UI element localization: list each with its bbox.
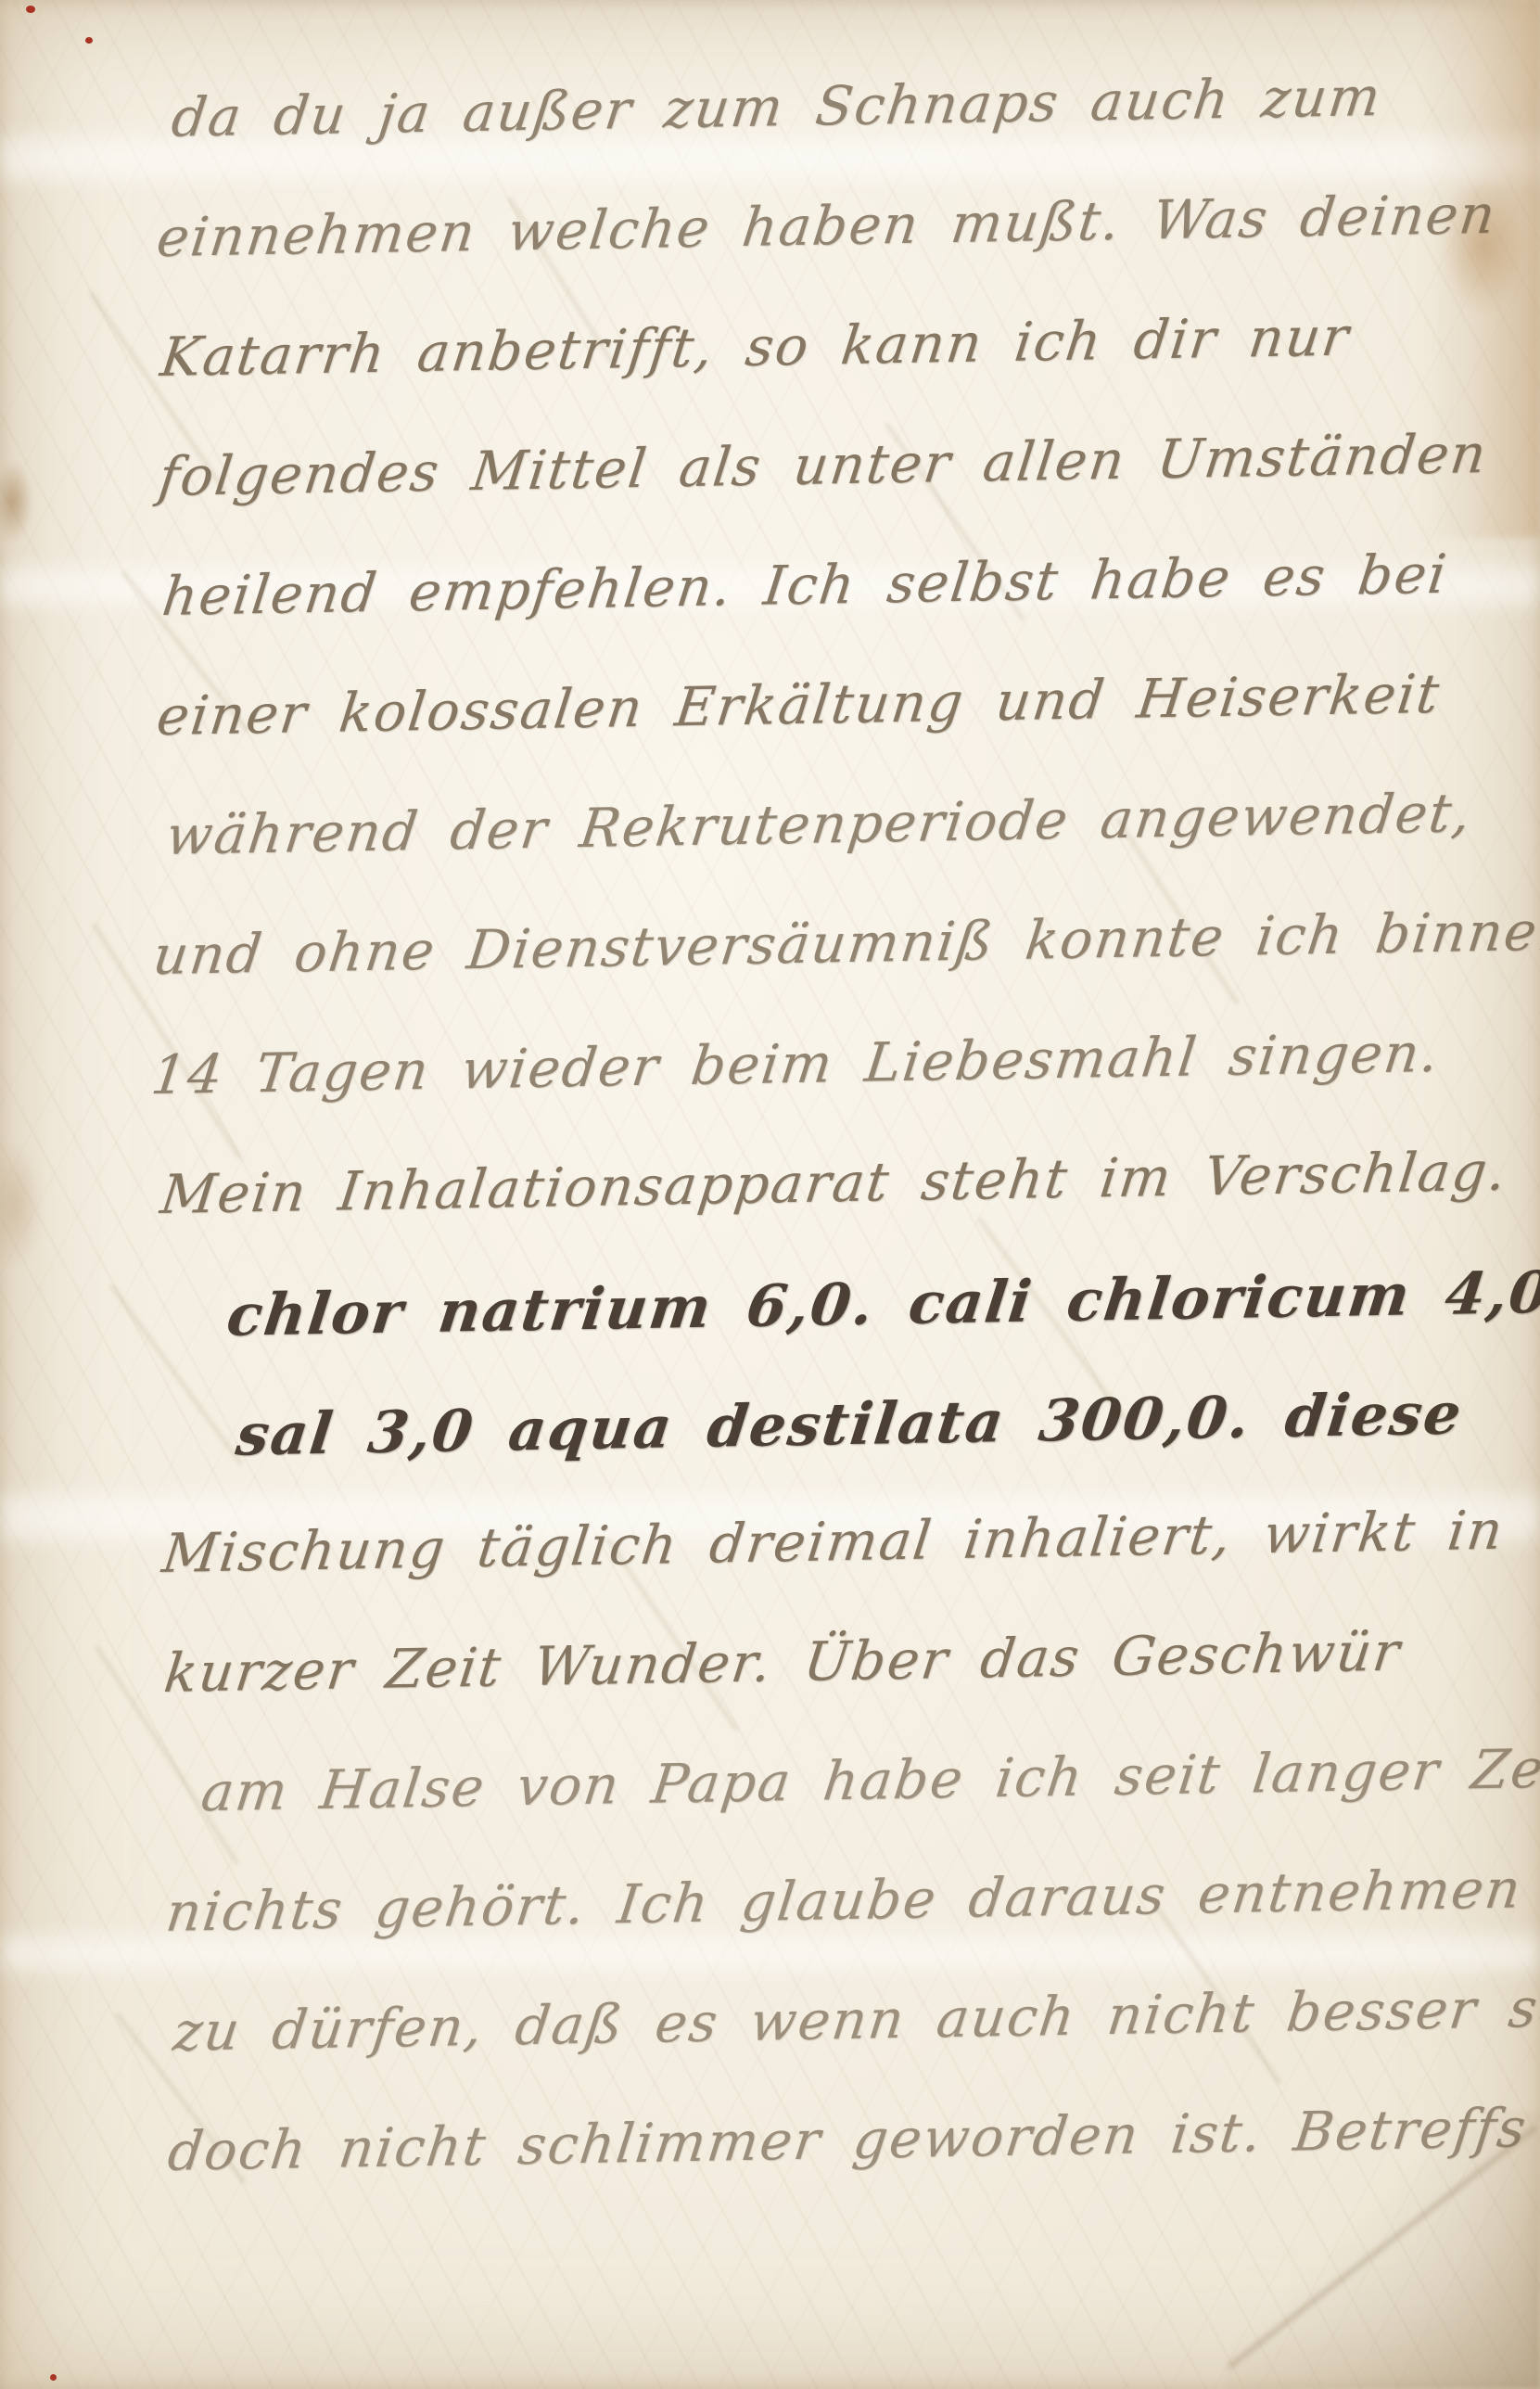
letter-page: da du ja außer zum Schnaps auch zum einn… [0,0,1540,2389]
letter-body: da du ja außer zum Schnaps auch zum einn… [0,89,1540,2242]
scan-speck [85,37,93,44]
scan-speck [50,2374,57,2381]
scan-speck [26,6,35,13]
